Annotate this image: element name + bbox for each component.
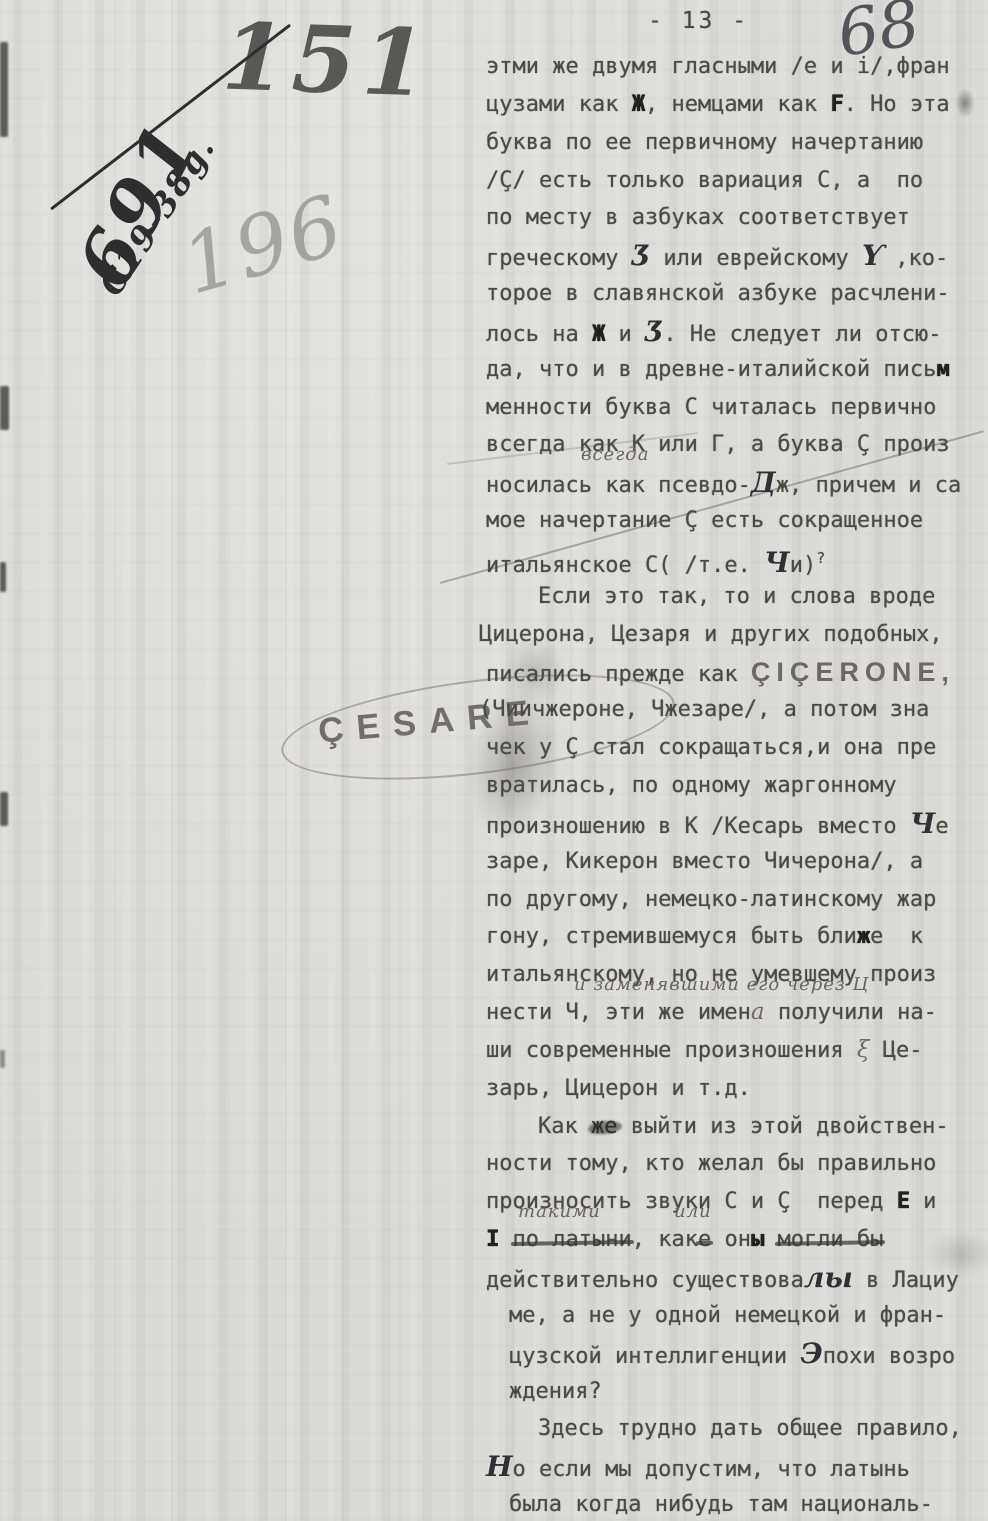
typed-text: действительно существова [486, 1268, 804, 1293]
typed-text: этми же двумя гласными /е и i/,фран [486, 54, 950, 79]
typed-text: цузской интеллигенции [509, 1344, 800, 1369]
interline-handwritten-insert: такими [518, 1203, 601, 1221]
typed-text: была когда нибудь там националь- [509, 1492, 933, 1517]
text-line: лось на Ж и Ʒ. Не следует ли отсю- [486, 313, 988, 351]
text-line: всегда как К или Г, а буква Ç произ [486, 426, 988, 464]
interline-handwritten-insert: и заменявшими его через Ц [574, 976, 869, 994]
text-line: ши современные произношения ξ Це- [486, 1032, 988, 1070]
typed-text: чек у Ç стал сокращаться,и она пре [486, 735, 936, 760]
text-line: ности тому, кто желал бы правильно [486, 1145, 988, 1183]
pencil-number-196: 196 [172, 177, 354, 313]
typed-text: или еврейскому [650, 246, 862, 271]
text-line: действительно существовалы в Лациу [486, 1259, 988, 1297]
text-line: /Ç/ есть только вариация С, а по [486, 162, 988, 200]
scan-edge-mark [0, 562, 6, 592]
handwritten-pen-correction: Ʒ [645, 315, 663, 348]
handwritten-pen-correction: Ч [764, 546, 790, 579]
text-line: всегданосилась как псевдо-Дж, причем и с… [486, 464, 988, 502]
typed-text: в Лациу [853, 1268, 959, 1293]
text-line: буква по ее первичному начертанию [486, 124, 988, 162]
typed-text: получили на- [765, 1000, 937, 1025]
text-line: была когда нибудь там националь- [509, 1486, 988, 1521]
typed-text: (Чиичжероне, Чжезаре/, а потом зна [479, 697, 929, 722]
text-line: и заменявшими его через Цнести Ч, эти же… [486, 994, 988, 1032]
typed-text: по месту в азбуках соответствует [486, 205, 910, 230]
interline-handwritten-insert: или [674, 1203, 712, 1221]
overstruck-text: Ж [592, 322, 605, 347]
scribbled-out-text: же [591, 1114, 618, 1139]
text-line: Если это так, то и слова вроде [538, 578, 988, 616]
typed-text: зарь, Цицерон и т.д. [486, 1076, 751, 1101]
text-line: вратилась, по одному жаргонному [486, 767, 988, 805]
scan-edge-mark [0, 1050, 5, 1068]
handwritten-pen-correction: Ƴ [862, 239, 882, 272]
typed-text: менности буква С читалась первично [486, 395, 936, 420]
text-line: заре, Кикерон вместо Чичерона/, а [486, 843, 988, 881]
text-line: писались прежде как ÇIÇERONE, [486, 654, 988, 692]
typed-text: ности тому, кто желал бы правильно [486, 1151, 936, 1176]
scan-edge-mark [0, 792, 8, 826]
text-line: Как же выйти из этой двойствен- [538, 1108, 988, 1146]
handwritten-pencil-correction: ξ [857, 1037, 870, 1063]
text-line: торое в славянской азбуке расчлени- [486, 275, 988, 313]
text-line: такимиилиI по латыни, каке оны могли бы [486, 1221, 988, 1259]
typed-text [764, 1227, 777, 1252]
text-line: этми же двумя гласными /е и i/,фран [486, 48, 988, 86]
typed-text: /Ç/ есть только вариация С, а по [486, 168, 923, 193]
text-line: (Чиичжероне, Чжезаре/, а потом зна [479, 691, 988, 729]
text-line: по месту в азбуках соответствует [486, 199, 988, 237]
typed-text: ждения? [509, 1379, 602, 1404]
superscript-mark: ? [816, 549, 825, 567]
typed-text: да, что и в древне-италийской пись [486, 357, 936, 382]
text-line: Но если мы допустим, что латынь [486, 1448, 988, 1486]
typed-text: Как [538, 1114, 591, 1139]
text-line: ме, а не у одной немецкой и фран- [509, 1297, 988, 1335]
handwritten-pen-correction: Ч [910, 807, 936, 840]
typed-text: Если это так, то и слова вроде [538, 584, 935, 609]
handwritten-pencil-correction: а [751, 999, 765, 1025]
typed-text: . Но эта [844, 92, 950, 117]
text-line: цузской интеллигенции Эпохи возро [509, 1335, 988, 1373]
text-line: Цицерона, Цезаря и других подобных, [479, 616, 988, 654]
text-line: да, что и в древне-италийской письм [486, 351, 988, 389]
text-line: чек у Ç стал сокращаться,и она пре [486, 729, 988, 767]
scan-edge-mark [0, 42, 8, 137]
text-line: цузами как Ж, немцами как F. Но эта [486, 86, 988, 124]
typed-text: е к [870, 924, 923, 949]
text-line: зарь, Цицерон и т.д. [486, 1070, 988, 1108]
typed-text: и [605, 322, 645, 347]
overstruck-text: ж [857, 924, 870, 949]
typed-text: ме, а не у одной немецкой и фран- [509, 1303, 946, 1328]
typed-text: он [711, 1227, 751, 1252]
typed-text: лось на [486, 322, 592, 347]
typed-text: по другому, немецко-латинскому жар [486, 887, 936, 912]
typed-text: и [910, 1189, 937, 1214]
typed-text: ж, причем и са [776, 473, 961, 498]
typed-text: . Не следует ли отсю- [663, 322, 941, 347]
typed-text: нести Ч, эти же имен [486, 1000, 751, 1025]
text-line: Здесь трудно дать общее правило, [538, 1410, 988, 1448]
pencil-number-151: 151 [220, 2, 434, 117]
typed-text: буква по ее первичному начертанию [486, 130, 923, 155]
typed-text: торое в славянской азбуке расчлени- [486, 281, 950, 306]
handwritten-pen-correction: Н [486, 1450, 512, 1483]
page-number: - 13 - [648, 8, 749, 34]
typed-text: ши современные произношения [486, 1038, 857, 1063]
typed-text: ,ко- [882, 246, 948, 271]
overstruck-text: Ж [632, 92, 645, 117]
typed-text: е [935, 814, 948, 839]
typed-text: выйти из этой двойствен- [617, 1114, 948, 1139]
typed-text: похи возро [823, 1344, 955, 1369]
typed-text: гону, стремившемуся быть бли [486, 924, 857, 949]
handwritten-pen-correction: Ʒ [632, 239, 650, 272]
overstruck-text: F [830, 92, 843, 117]
typed-text: о если мы допустим, что латынь [512, 1457, 909, 1482]
typed-text: и) [790, 553, 817, 578]
typed-text: вратилась, по одному жаргонному [486, 773, 897, 798]
text-line: итальянское С( /т.е. Чи)? [486, 540, 988, 578]
typed-text: Це- [870, 1038, 923, 1063]
typed-text: итальянское С( /т.е. [486, 553, 764, 578]
text-line: греческому Ʒ или еврейскому Ƴ ,ко- [486, 237, 988, 275]
handwritten-pen-correction: Э [800, 1337, 822, 1370]
typed-text: греческому [486, 246, 632, 271]
typed-text: произношению в К /Кесарь вместо [486, 814, 910, 839]
text-line: менности буква С читалась первично [486, 389, 988, 427]
scan-edge-mark [0, 386, 9, 430]
overstruck-text: ы [751, 1227, 764, 1252]
typed-text: писались прежде как [486, 662, 751, 687]
text-line: по другому, немецко-латинскому жар [486, 881, 988, 919]
overstruck-text: I [486, 1227, 499, 1252]
overstruck-text: Е [897, 1189, 910, 1214]
typed-text: носилась как псевдо- [486, 473, 751, 498]
text-line: гону, стремившемуся быть ближе к [486, 918, 988, 956]
handwritten-cicerone: ÇIÇERONE, [751, 657, 955, 687]
scanned-page: - 13 - 68 151 196 691 C19-38g. ÇESARE эт… [0, 0, 988, 1521]
handwritten-pen-correction: лы [804, 1261, 853, 1294]
text-line: ждения? [509, 1373, 988, 1411]
struck-through-text: по латыни [513, 1227, 632, 1252]
typed-text: , немцами как [645, 92, 830, 117]
struck-through-text: е [698, 1227, 711, 1252]
struck-through-text: могли бы [777, 1227, 883, 1252]
typed-text: Цицерона, Цезаря и других подобных, [479, 622, 943, 647]
typed-text: цузами как [486, 92, 632, 117]
typed-text [499, 1227, 512, 1252]
text-line: мое начертание Ç есть сокращенное [486, 502, 988, 540]
overstruck-text: м [936, 357, 949, 382]
interline-handwritten-insert: всегда [581, 446, 649, 464]
typed-text: , как [632, 1227, 698, 1252]
handwritten-pen-correction: Д [751, 466, 776, 499]
typed-text: всегда как К или Г, а буква Ç произ [486, 432, 950, 457]
text-line: произношению в К /Кесарь вместо Че [486, 805, 988, 843]
typed-text: мое начертание Ç есть сокращенное [486, 508, 923, 533]
typed-text: заре, Кикерон вместо Чичерона/, а [486, 849, 923, 874]
typed-text: Здесь трудно дать общее правило, [538, 1416, 962, 1441]
typed-text-block: этми же двумя гласными /е и i/,французам… [486, 48, 988, 1521]
